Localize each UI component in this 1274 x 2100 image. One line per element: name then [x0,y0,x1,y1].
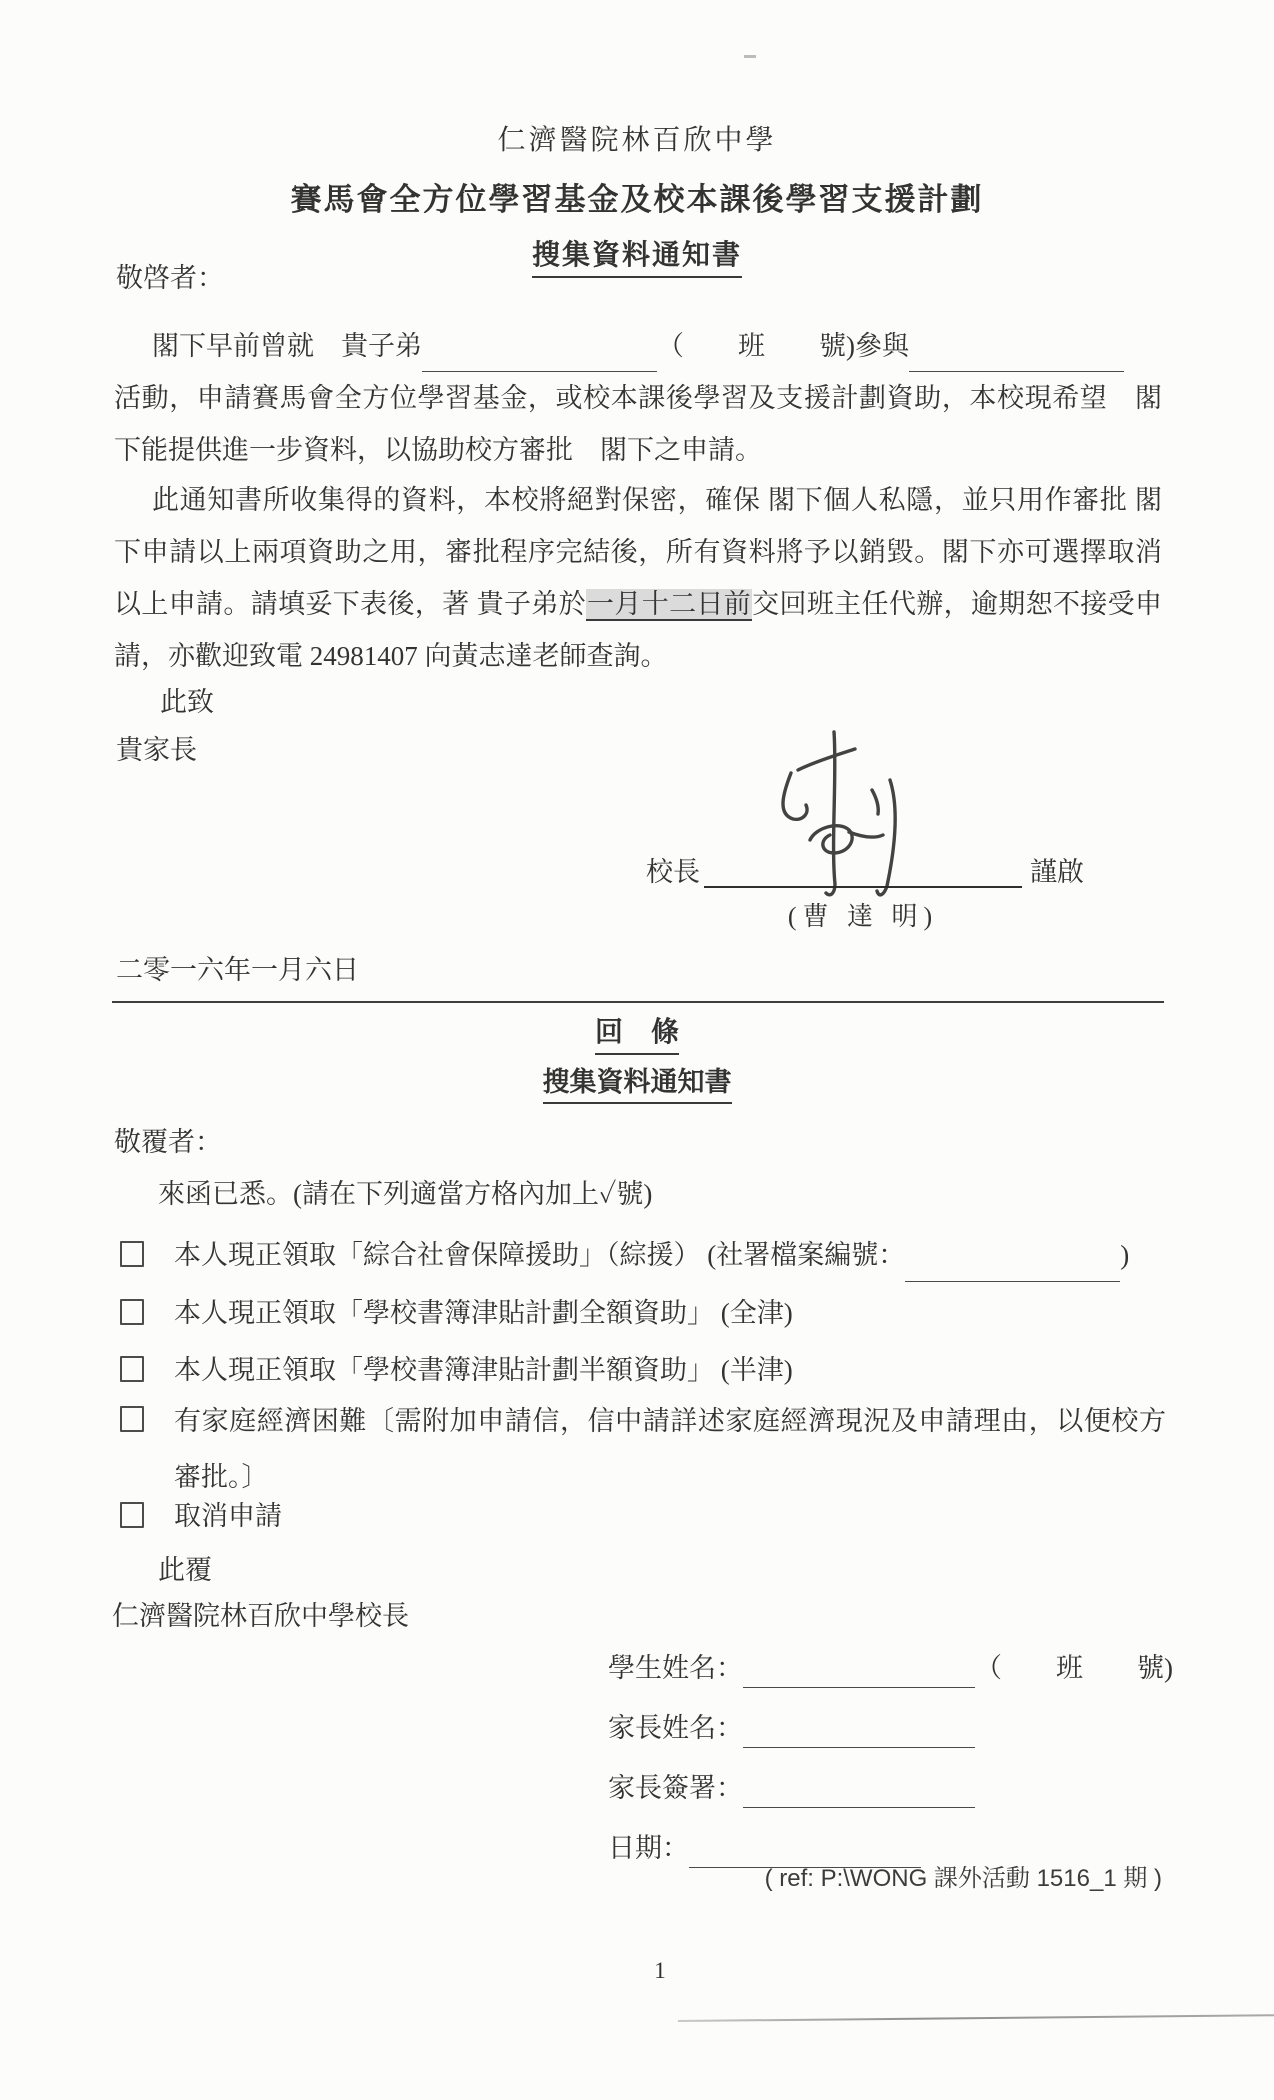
field-row-parent-name: 家長姓名： [608,1708,975,1748]
notice-addressee: 貴家長 [116,724,197,776]
reply-salutation: 敬覆者： [114,1116,222,1168]
document-title: 搜集資料通知書 [532,233,742,278]
parent-signature-label: 家長簽署： [608,1773,743,1803]
notice-closing: 此致 [160,676,214,728]
student-name-label: 學生姓名： [608,1653,743,1683]
student-name-blank-line[interactable] [422,341,657,372]
p1-text-2: （ 班 號)參與 [657,331,909,361]
option-row-half-grant: 本人現正領取「學校書簿津貼計劃半額資助」 (半津) [120,1343,1166,1397]
option-text-full-grant: 本人現正領取「學校書簿津貼計劃全額資助」 (全津) [174,1286,1166,1340]
option-row-cssa: 本人現正領取「綜合社會保障援助」（綜援） (社署檔案編號：) [120,1228,1166,1282]
reply-doc-title: 搜集資料通知書 [543,1060,732,1104]
reply-addressee: 仁濟醫院林百欣中學校長 [112,1590,409,1642]
notice-salutation: 敬啓者： [116,252,224,304]
deadline-highlight: 一月十二日前 [586,589,752,621]
option-text-half-grant: 本人現正領取「學校書簿津貼計劃半額資助」 (半津) [174,1343,1166,1397]
parent-signature-field[interactable] [743,1777,975,1808]
notice-paragraph-2: 此通知書所收集得的資料，本校將絕對保密，確保 閣下個人私隱，並只用作審批 閣下申… [114,474,1162,682]
field-row-student-name: 學生姓名：（ 班 號) [608,1648,1173,1688]
notice-paragraph-1: 閣下早前曾就 貴子弟（ 班 號)參與 活動，申請賽馬會全方位學習基金，或校本課後… [114,320,1162,476]
checkbox-cssa[interactable] [120,1241,144,1267]
field-row-parent-signature: 家長簽署： [608,1768,975,1808]
option-label: 本人現正領取「綜合社會保障援助」（綜援） (社署檔案編號：) [174,1228,1166,1282]
sign-off-label: 謹啟 [1030,846,1084,898]
option-row-full-grant: 本人現正領取「學校書簿津貼計劃全額資助」 (全津) [120,1286,1166,1340]
reply-doc-heading: 搜集資料通知書 [0,1060,1274,1104]
p1-text-1: 閣下早前曾就 貴子弟 [152,331,422,361]
activity-blank-line[interactable] [909,341,1124,372]
school-name: 仁濟醫院林百欣中學 [0,118,1274,158]
parent-name-label: 家長姓名： [608,1713,743,1743]
scanned-document-page: 仁濟醫院林百欣中學 賽馬會全方位學習基金及校本課後學習支援計劃 搜集資料通知書 … [0,0,1274,2100]
ref-note: ( ref: P:\WONG 課外活動 1516_1 期 ) [765,1858,1162,1893]
date-label: 日期： [608,1833,689,1863]
student-name-field[interactable] [743,1657,975,1688]
scan-artifact-dash [744,55,756,58]
student-class-no-label: （ 班 號) [975,1653,1173,1683]
scan-artifact-line [678,2014,1274,2021]
reply-slip-title: 回 條 [595,1010,679,1055]
checkbox-full-grant[interactable] [120,1299,144,1325]
reply-instruction: 來函已悉。(請在下列適當方格內加上✓號) [158,1168,652,1220]
option-text-cancel: 取消申請 [174,1489,1166,1543]
program-name: 賽馬會全方位學習基金及校本課後學習支援計劃 [0,174,1274,219]
case-number-blank-line[interactable] [905,1251,1120,1282]
reply-slip-heading: 回 條 [0,1010,1274,1055]
checkbox-financial-difficulty[interactable] [120,1406,144,1432]
p1-text-3: 活動，申請賽馬會全方位學習基金，或校本課後學習及支援計劃資助，本校現希望 閣下能… [114,383,1162,465]
option-text-cssa: 本人現正領取「綜合社會保障援助」（綜援） (社署檔案編號： [174,1240,905,1270]
principal-signature [722,726,957,908]
checkbox-half-grant[interactable] [120,1356,144,1382]
page-number: 1 [0,1958,1274,1984]
parent-name-field[interactable] [743,1717,975,1748]
principal-label: 校長 [646,846,700,898]
option-tail-cssa: ) [1120,1240,1129,1270]
option-row-cancel: 取消申請 [120,1489,1166,1543]
tear-off-divider [112,1001,1164,1003]
notice-date: 二零一六年一月六日 [116,944,359,996]
checkbox-cancel[interactable] [120,1502,144,1528]
reply-closing: 此覆 [158,1544,212,1596]
